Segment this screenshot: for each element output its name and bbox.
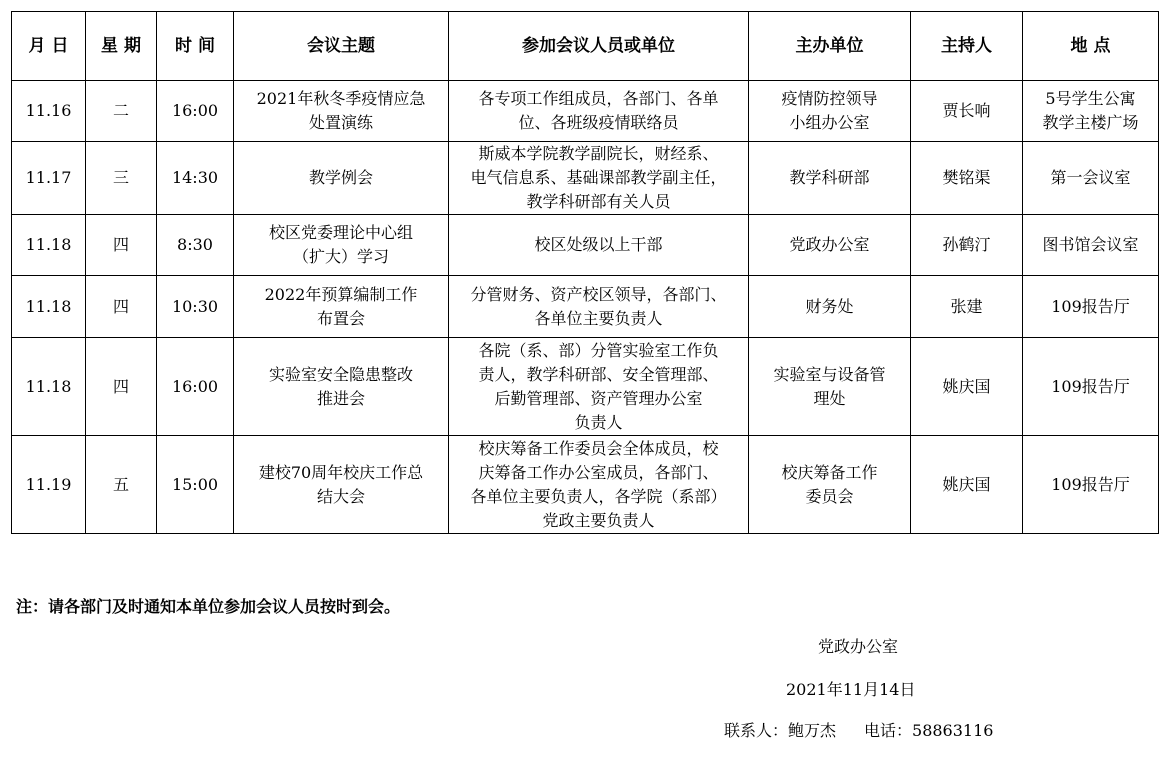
cell-weekday: 三 <box>86 142 157 215</box>
attendees-text: 斯威本学院教学副院长，财经系、 电气信息系、基础课部教学副主任， 教学科研部有关… <box>453 142 744 214</box>
cell-time: 10:30 <box>157 276 234 338</box>
organizer-text: 财务处 <box>753 295 906 319</box>
header-location: 地 点 <box>1023 12 1159 81</box>
contact-person: 联系人：鲍万杰 <box>724 721 836 740</box>
organizer-text: 教学科研部 <box>753 166 906 190</box>
organizer-text: 校庆筹备工作 委员会 <box>753 461 906 509</box>
location-text: 5号学生公寓 教学主楼广场 <box>1027 87 1154 135</box>
cell-location: 109报告厅 <box>1023 338 1159 436</box>
cell-topic: 2021年秋冬季疫情应急 处置演练 <box>234 81 449 142</box>
cell-time: 16:00 <box>157 81 234 142</box>
location-text: 第一会议室 <box>1027 166 1154 190</box>
cell-weekday: 四 <box>86 215 157 276</box>
cell-organizer: 疫情防控领导 小组办公室 <box>749 81 911 142</box>
table-row: 11.18 四 8:30 校区党委理论中心组 （扩大）学习 校区处级以上干部 党… <box>12 215 1159 276</box>
cell-date: 11.19 <box>12 436 86 534</box>
table-row: 11.17 三 14:30 教学例会 斯威本学院教学副院长，财经系、 电气信息系… <box>12 142 1159 215</box>
topic-text: 校区党委理论中心组 （扩大）学习 <box>238 221 444 269</box>
location-text: 图书馆会议室 <box>1027 233 1154 257</box>
cell-location: 5号学生公寓 教学主楼广场 <box>1023 81 1159 142</box>
cell-location: 109报告厅 <box>1023 436 1159 534</box>
cell-organizer: 校庆筹备工作 委员会 <box>749 436 911 534</box>
location-text: 109报告厅 <box>1027 473 1154 497</box>
header-date: 月 日 <box>12 12 86 81</box>
cell-weekday: 二 <box>86 81 157 142</box>
topic-text: 教学例会 <box>238 166 444 190</box>
cell-weekday: 四 <box>86 276 157 338</box>
cell-attendees: 斯威本学院教学副院长，财经系、 电气信息系、基础课部教学副主任， 教学科研部有关… <box>449 142 749 215</box>
topic-text: 实验室安全隐患整改 推进会 <box>238 363 444 411</box>
cell-topic: 建校70周年校庆工作总 结大会 <box>234 436 449 534</box>
header-weekday: 星 期 <box>86 12 157 81</box>
contact-line: 联系人：鲍万杰电话：58863116 <box>724 718 993 741</box>
table-row: 11.18 四 10:30 2022年预算编制工作 布置会 分管财务、资产校区领… <box>12 276 1159 338</box>
cell-date: 11.18 <box>12 276 86 338</box>
cell-host: 樊铭渠 <box>911 142 1023 215</box>
issuing-office: 党政办公室 <box>818 634 898 657</box>
header-host: 主持人 <box>911 12 1023 81</box>
cell-location: 图书馆会议室 <box>1023 215 1159 276</box>
cell-weekday: 五 <box>86 436 157 534</box>
cell-date: 11.18 <box>12 338 86 436</box>
cell-topic: 校区党委理论中心组 （扩大）学习 <box>234 215 449 276</box>
attendees-text: 分管财务、资产校区领导，各部门、 各单位主要负责人 <box>453 283 744 331</box>
cell-host: 孙鹤汀 <box>911 215 1023 276</box>
location-text: 109报告厅 <box>1027 375 1154 399</box>
cell-location: 第一会议室 <box>1023 142 1159 215</box>
cell-weekday: 四 <box>86 338 157 436</box>
cell-time: 15:00 <box>157 436 234 534</box>
organizer-text: 疫情防控领导 小组办公室 <box>753 87 906 135</box>
topic-text: 2021年秋冬季疫情应急 处置演练 <box>238 87 444 135</box>
cell-organizer: 党政办公室 <box>749 215 911 276</box>
cell-time: 8:30 <box>157 215 234 276</box>
attendees-text: 校庆筹备工作委员会全体成员，校 庆筹备工作办公室成员，各部门、 各单位主要负责人… <box>453 437 744 533</box>
attendees-text: 校区处级以上干部 <box>453 233 744 257</box>
attendees-text: 各院（系、部）分管实验室工作负 责人，教学科研部、安全管理部、 后勤管理部、资产… <box>453 339 744 435</box>
cell-organizer: 教学科研部 <box>749 142 911 215</box>
cell-host: 张建 <box>911 276 1023 338</box>
topic-text: 2022年预算编制工作 布置会 <box>238 283 444 331</box>
topic-text: 建校70周年校庆工作总 结大会 <box>238 461 444 509</box>
cell-attendees: 各专项工作组成员，各部门、各单 位、各班级疫情联络员 <box>449 81 749 142</box>
cell-organizer: 财务处 <box>749 276 911 338</box>
cell-topic: 2022年预算编制工作 布置会 <box>234 276 449 338</box>
table-row: 11.16 二 16:00 2021年秋冬季疫情应急 处置演练 各专项工作组成员… <box>12 81 1159 142</box>
cell-host: 姚庆国 <box>911 436 1023 534</box>
header-row: 月 日 星 期 时 间 会议主题 参加会议人员或单位 主办单位 主持人 地 点 <box>12 12 1159 81</box>
table-row: 11.19 五 15:00 建校70周年校庆工作总 结大会 校庆筹备工作委员会全… <box>12 436 1159 534</box>
cell-attendees: 校区处级以上干部 <box>449 215 749 276</box>
cell-organizer: 实验室与设备管 理处 <box>749 338 911 436</box>
contact-phone: 电话：58863116 <box>864 721 993 740</box>
organizer-text: 实验室与设备管 理处 <box>753 363 906 411</box>
meeting-schedule-table: 月 日 星 期 时 间 会议主题 参加会议人员或单位 主办单位 主持人 地 点 … <box>11 11 1159 534</box>
cell-location: 109报告厅 <box>1023 276 1159 338</box>
cell-time: 16:00 <box>157 338 234 436</box>
cell-topic: 实验室安全隐患整改 推进会 <box>234 338 449 436</box>
cell-attendees: 各院（系、部）分管实验室工作负 责人，教学科研部、安全管理部、 后勤管理部、资产… <box>449 338 749 436</box>
header-organizer: 主办单位 <box>749 12 911 81</box>
cell-date: 11.18 <box>12 215 86 276</box>
header-topic: 会议主题 <box>234 12 449 81</box>
cell-time: 14:30 <box>157 142 234 215</box>
cell-attendees: 分管财务、资产校区领导，各部门、 各单位主要负责人 <box>449 276 749 338</box>
issue-date: 2021年11月14日 <box>786 677 915 700</box>
cell-topic: 教学例会 <box>234 142 449 215</box>
location-text: 109报告厅 <box>1027 295 1154 319</box>
cell-attendees: 校庆筹备工作委员会全体成员，校 庆筹备工作办公室成员，各部门、 各单位主要负责人… <box>449 436 749 534</box>
table-row: 11.18 四 16:00 实验室安全隐患整改 推进会 各院（系、部）分管实验室… <box>12 338 1159 436</box>
organizer-text: 党政办公室 <box>753 233 906 257</box>
cell-date: 11.16 <box>12 81 86 142</box>
cell-date: 11.17 <box>12 142 86 215</box>
header-attendees: 参加会议人员或单位 <box>449 12 749 81</box>
header-time: 时 间 <box>157 12 234 81</box>
cell-host: 姚庆国 <box>911 338 1023 436</box>
cell-host: 贾长响 <box>911 81 1023 142</box>
attendance-note: 注：请各部门及时通知本单位参加会议人员按时到会。 <box>16 594 400 617</box>
attendees-text: 各专项工作组成员，各部门、各单 位、各班级疫情联络员 <box>453 87 744 135</box>
